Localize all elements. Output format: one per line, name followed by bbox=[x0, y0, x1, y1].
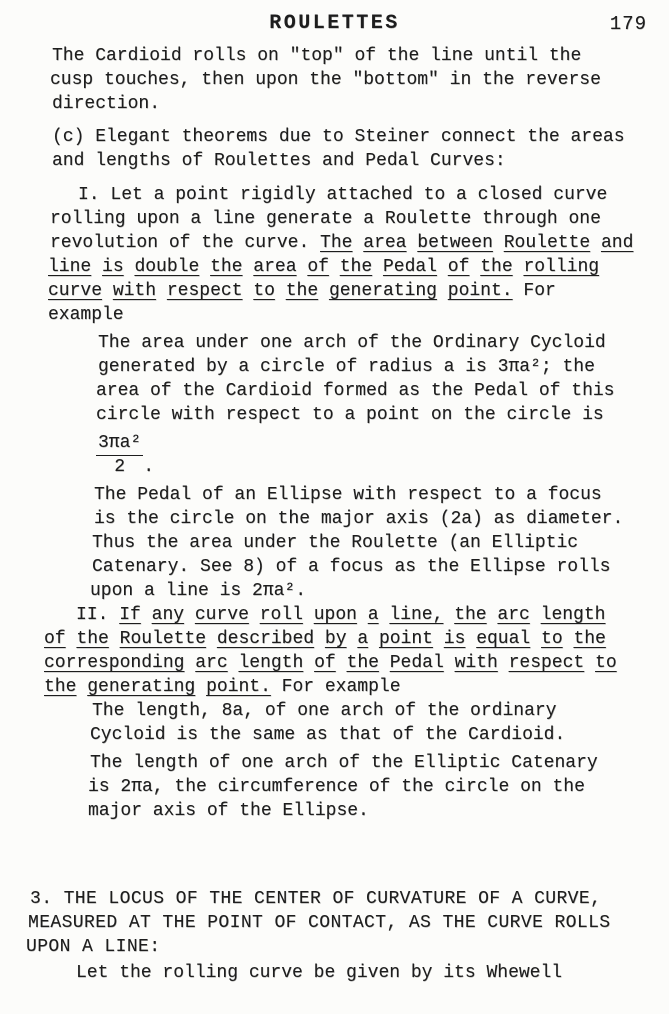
underlined-word: length bbox=[541, 605, 606, 625]
underlined-word: of bbox=[307, 257, 329, 277]
text-line: upon a line is 2πa². bbox=[90, 579, 669, 603]
text-span: The length of one arch of the Elliptic C… bbox=[90, 753, 598, 773]
underlined-word: by bbox=[325, 629, 347, 649]
text-line: cusp touches, then upon the "bottom" in … bbox=[50, 68, 669, 92]
text-line: The length of one arch of the Elliptic C… bbox=[90, 751, 669, 775]
underlined-word: line, bbox=[389, 605, 443, 625]
underlined-word: generating bbox=[329, 281, 437, 301]
text-line: curve with respect to the generating poi… bbox=[48, 279, 669, 303]
fraction-period: . bbox=[143, 455, 154, 479]
text-line: (c) Elegant theorems due to Steiner conn… bbox=[52, 125, 669, 149]
text-line: I. Let a point rigidly attached to a clo… bbox=[78, 183, 669, 207]
underlined-word: is bbox=[102, 257, 124, 277]
underlined-word: arc bbox=[195, 653, 227, 673]
text-line: is the circle on the major axis (2a) as … bbox=[94, 507, 669, 531]
text-line: example bbox=[48, 303, 669, 327]
text-line: II. If any curve roll upon a line, the a… bbox=[76, 603, 669, 627]
underlined-word: double bbox=[134, 257, 199, 277]
text-line: Let the rolling curve be given by its Wh… bbox=[76, 961, 669, 985]
text-line: 3. THE LOCUS OF THE CENTER OF CURVATURE … bbox=[30, 887, 669, 911]
underlined-word: the bbox=[76, 629, 108, 649]
underlined-word: the bbox=[210, 257, 242, 277]
text-line: The length, 8a, of one arch of the ordin… bbox=[92, 699, 669, 723]
page-header: ROULETTES 179 bbox=[0, 12, 669, 36]
underlined-word: area bbox=[363, 233, 406, 253]
underlined-word: with bbox=[455, 653, 498, 673]
underlined-word: curve bbox=[48, 281, 102, 301]
text-span: direction. bbox=[52, 94, 160, 114]
underlined-word: of bbox=[44, 629, 66, 649]
underlined-word: the bbox=[44, 677, 76, 697]
text-span: Let the rolling curve be given by its Wh… bbox=[76, 963, 562, 983]
underlined-word: a bbox=[357, 629, 368, 649]
text-span: cusp touches, then upon the "bottom" in … bbox=[50, 70, 601, 90]
fraction-numerator: 3πa² bbox=[96, 432, 143, 456]
text-span: rolling upon a line generate a Roulette … bbox=[50, 209, 601, 229]
underlined-word: Roulette bbox=[120, 629, 206, 649]
text-span: and lengths of Roulettes and Pedal Curve… bbox=[52, 151, 506, 171]
page-body: The Cardioid rolls on "top" of the line … bbox=[0, 44, 669, 985]
text-line: and lengths of Roulettes and Pedal Curve… bbox=[52, 149, 669, 173]
underlined-word: to bbox=[541, 629, 563, 649]
text-line: area of the Cardioid formed as the Pedal… bbox=[96, 379, 669, 403]
underlined-word: point bbox=[379, 629, 433, 649]
text-line: circle with respect to a point on the ci… bbox=[96, 403, 669, 427]
underlined-word: with bbox=[113, 281, 156, 301]
underlined-word: point. bbox=[448, 281, 513, 301]
text-span: revolution of the curve. bbox=[50, 233, 320, 253]
text-span: For bbox=[513, 281, 556, 301]
fraction: 3πa²2 bbox=[96, 432, 143, 479]
underlined-word: the bbox=[286, 281, 318, 301]
underlined-word: upon bbox=[314, 605, 357, 625]
underlined-word: Pedal bbox=[390, 653, 444, 673]
text-line: Catenary. See 8) of a focus as the Ellip… bbox=[92, 555, 669, 579]
text-line: direction. bbox=[52, 92, 669, 116]
underlined-word: any bbox=[152, 605, 184, 625]
text-line: The Cardioid rolls on "top" of the line … bbox=[52, 44, 669, 68]
text-span: upon a line is 2πa². bbox=[90, 581, 306, 601]
underlined-word: a bbox=[368, 605, 379, 625]
underlined-word: The bbox=[320, 233, 352, 253]
text-line: rolling upon a line generate a Roulette … bbox=[50, 207, 669, 231]
underlined-word: Roulette bbox=[504, 233, 590, 253]
text-line: major axis of the Ellipse. bbox=[88, 799, 669, 823]
text-span: area of the Cardioid formed as the Pedal… bbox=[96, 381, 614, 401]
text-line: the generating point. For example bbox=[44, 675, 669, 699]
text-line: Cycloid is the same as that of the Cardi… bbox=[90, 723, 669, 747]
underlined-word: between bbox=[417, 233, 493, 253]
text-line: Thus the area under the Roulette (an Ell… bbox=[92, 531, 669, 555]
text-line: corresponding arc length of the Pedal wi… bbox=[44, 651, 669, 675]
text-span: Thus the area under the Roulette (an Ell… bbox=[92, 533, 578, 553]
underlined-word: the bbox=[480, 257, 512, 277]
text-span: major axis of the Ellipse. bbox=[88, 801, 369, 821]
underlined-word: the bbox=[347, 653, 379, 673]
text-line: The Pedal of an Ellipse with respect to … bbox=[94, 483, 669, 507]
text-span: II. bbox=[76, 605, 119, 625]
text-line: line is double the area of the Pedal of … bbox=[48, 255, 669, 279]
text-span: The area under one arch of the Ordinary … bbox=[98, 333, 606, 353]
text-line: is 2πa, the circumference of the circle … bbox=[88, 775, 669, 799]
text-span: is 2πa, the circumference of the circle … bbox=[88, 777, 585, 797]
page-number: 179 bbox=[610, 12, 647, 36]
underlined-word: line bbox=[48, 257, 91, 277]
underlined-word: arc bbox=[497, 605, 529, 625]
underlined-word: generating bbox=[87, 677, 195, 697]
text-span: is the circle on the major axis (2a) as … bbox=[94, 509, 623, 529]
underlined-word: of bbox=[314, 653, 336, 673]
text-span: I. Let a point rigidly attached to a clo… bbox=[78, 185, 607, 205]
underlined-word: rolling bbox=[523, 257, 599, 277]
underlined-word: to bbox=[253, 281, 275, 301]
underlined-word: to bbox=[595, 653, 617, 673]
underlined-word: roll bbox=[260, 605, 303, 625]
underlined-word: Pedal bbox=[383, 257, 437, 277]
underlined-word: point. bbox=[206, 677, 271, 697]
underlined-word: If bbox=[119, 605, 141, 625]
underlined-word: the bbox=[573, 629, 605, 649]
fraction-line: 3πa²2. bbox=[96, 429, 669, 479]
underlined-word: the bbox=[454, 605, 486, 625]
fraction-denominator: 2 bbox=[114, 456, 125, 479]
text-span: example bbox=[48, 305, 124, 325]
text-line: The area under one arch of the Ordinary … bbox=[98, 331, 669, 355]
underlined-word: curve bbox=[195, 605, 249, 625]
text-span: 3. THE LOCUS OF THE CENTER OF CURVATURE … bbox=[30, 889, 601, 909]
underlined-word: corresponding bbox=[44, 653, 184, 673]
running-head-title: ROULETTES bbox=[0, 12, 669, 36]
text-line: of the Roulette described by a point is … bbox=[44, 627, 669, 651]
underlined-word: the bbox=[340, 257, 372, 277]
underlined-word: is bbox=[444, 629, 466, 649]
text-line: revolution of the curve. The area betwee… bbox=[50, 231, 669, 255]
underlined-word: described bbox=[217, 629, 314, 649]
text-span: Cycloid is the same as that of the Cardi… bbox=[90, 725, 565, 745]
text-span: MEASURED AT THE POINT OF CONTACT, AS THE… bbox=[28, 913, 611, 933]
text-span: (c) Elegant theorems due to Steiner conn… bbox=[52, 127, 625, 147]
text-span: circle with respect to a point on the ci… bbox=[96, 405, 604, 425]
underlined-word: and bbox=[601, 233, 633, 253]
document-page: ROULETTES 179 The Cardioid rolls on "top… bbox=[0, 0, 669, 1014]
underlined-word: length bbox=[238, 653, 303, 673]
underlined-word: respect bbox=[509, 653, 585, 673]
underlined-word: of bbox=[448, 257, 470, 277]
text-span: UPON A LINE: bbox=[26, 937, 160, 957]
text-line: generated by a circle of radius a is 3πa… bbox=[98, 355, 669, 379]
underlined-word: respect bbox=[167, 281, 243, 301]
text-span: The Cardioid rolls on "top" of the line … bbox=[52, 46, 581, 66]
text-line: UPON A LINE: bbox=[26, 935, 669, 959]
underlined-word: area bbox=[253, 257, 296, 277]
text-span: For example bbox=[271, 677, 401, 697]
text-line: MEASURED AT THE POINT OF CONTACT, AS THE… bbox=[28, 911, 669, 935]
text-span: The Pedal of an Ellipse with respect to … bbox=[94, 485, 602, 505]
text-span: The length, 8a, of one arch of the ordin… bbox=[92, 701, 556, 721]
text-span: generated by a circle of radius a is 3πa… bbox=[98, 357, 595, 377]
text-span: Catenary. See 8) of a focus as the Ellip… bbox=[92, 557, 610, 577]
underlined-word: equal bbox=[476, 629, 530, 649]
